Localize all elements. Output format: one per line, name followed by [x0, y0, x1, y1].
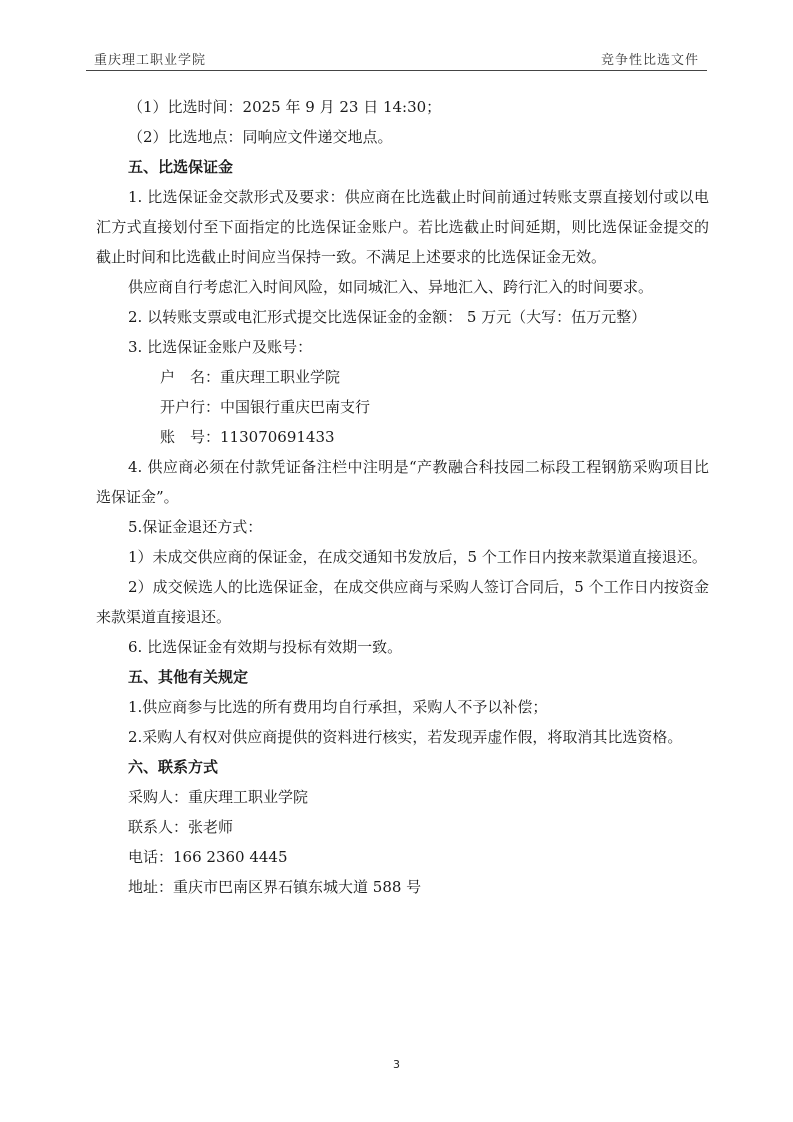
- deposit-paragraph-4: 4. 供应商必须在付款凭证备注栏中注明是“产教融合科技园二标段工程钢筋采购项目比…: [96, 452, 709, 512]
- refund-item-2: 2）成交候选人的比选保证金，在成交供应商与采购人签订合同后，5 个工作日内按资金…: [96, 572, 709, 632]
- section-heading-contact: 六、联系方式: [96, 752, 709, 782]
- account-number-line: 账 号：113070691433: [96, 422, 709, 452]
- header-divider: [86, 70, 707, 71]
- account-name-value: 重庆理工职业学院: [220, 368, 340, 386]
- account-bank-line: 开户行：中国银行重庆巴南支行: [96, 392, 709, 422]
- account-bank-value: 中国银行重庆巴南支行: [220, 398, 370, 416]
- account-name-line: 户 名：重庆理工职业学院: [96, 362, 709, 392]
- section-heading-deposit: 五、比选保证金: [96, 152, 709, 182]
- contact-person: 联系人：张老师: [96, 812, 709, 842]
- item-bid-time: （1）比选时间：2025 年 9 月 23 日 14:30；: [96, 92, 709, 122]
- deposit-paragraph-1b: 供应商自行考虑汇入时间风险，如同城汇入、异地汇入、跨行汇入的时间要求。: [96, 272, 709, 302]
- document-body: （1）比选时间：2025 年 9 月 23 日 14:30； （2）比选地点：同…: [96, 92, 709, 902]
- contact-buyer: 采购人：重庆理工职业学院: [96, 782, 709, 812]
- deposit-paragraph-3: 3. 比选保证金账户及账号：: [96, 332, 709, 362]
- item-bid-place: （2）比选地点：同响应文件递交地点。: [96, 122, 709, 152]
- page-header: 重庆理工职业学院 竞争性比选文件: [86, 47, 707, 69]
- deposit-paragraph-5: 5.保证金退还方式：: [96, 512, 709, 542]
- account-number-value: 113070691433: [220, 428, 335, 446]
- other-rule-1: 1.供应商参与比选的所有费用均自行承担，采购人不予以补偿；: [96, 692, 709, 722]
- account-bank-label: 开户行：: [128, 392, 220, 422]
- account-name-label: 户 名：: [128, 362, 220, 392]
- refund-item-1: 1）未成交供应商的保证金，在成交通知书发放后，5 个工作日内按来款渠道直接退还。: [96, 542, 709, 572]
- page-number: 3: [0, 1058, 793, 1071]
- contact-address: 地址：重庆市巴南区界石镇东城大道 588 号: [96, 872, 709, 902]
- deposit-paragraph-6: 6. 比选保证金有效期与投标有效期一致。: [96, 632, 709, 662]
- other-rule-2: 2.采购人有权对供应商提供的资料进行核实，若发现弄虚作假，将取消其比选资格。: [96, 722, 709, 752]
- deposit-paragraph-2: 2. 以转账支票或电汇形式提交比选保证金的金额： 5 万元（大写：伍万元整）: [96, 302, 709, 332]
- section-heading-other: 五、其他有关规定: [96, 662, 709, 692]
- header-institution: 重庆理工职业学院: [94, 49, 206, 68]
- contact-phone: 电话：166 2360 4445: [96, 842, 709, 872]
- header-document-type: 竞争性比选文件: [601, 49, 699, 68]
- account-number-label: 账 号：: [128, 422, 220, 452]
- deposit-paragraph-1: 1. 比选保证金交款形式及要求：供应商在比选截止时间前通过转账支票直接划付或以电…: [96, 182, 709, 272]
